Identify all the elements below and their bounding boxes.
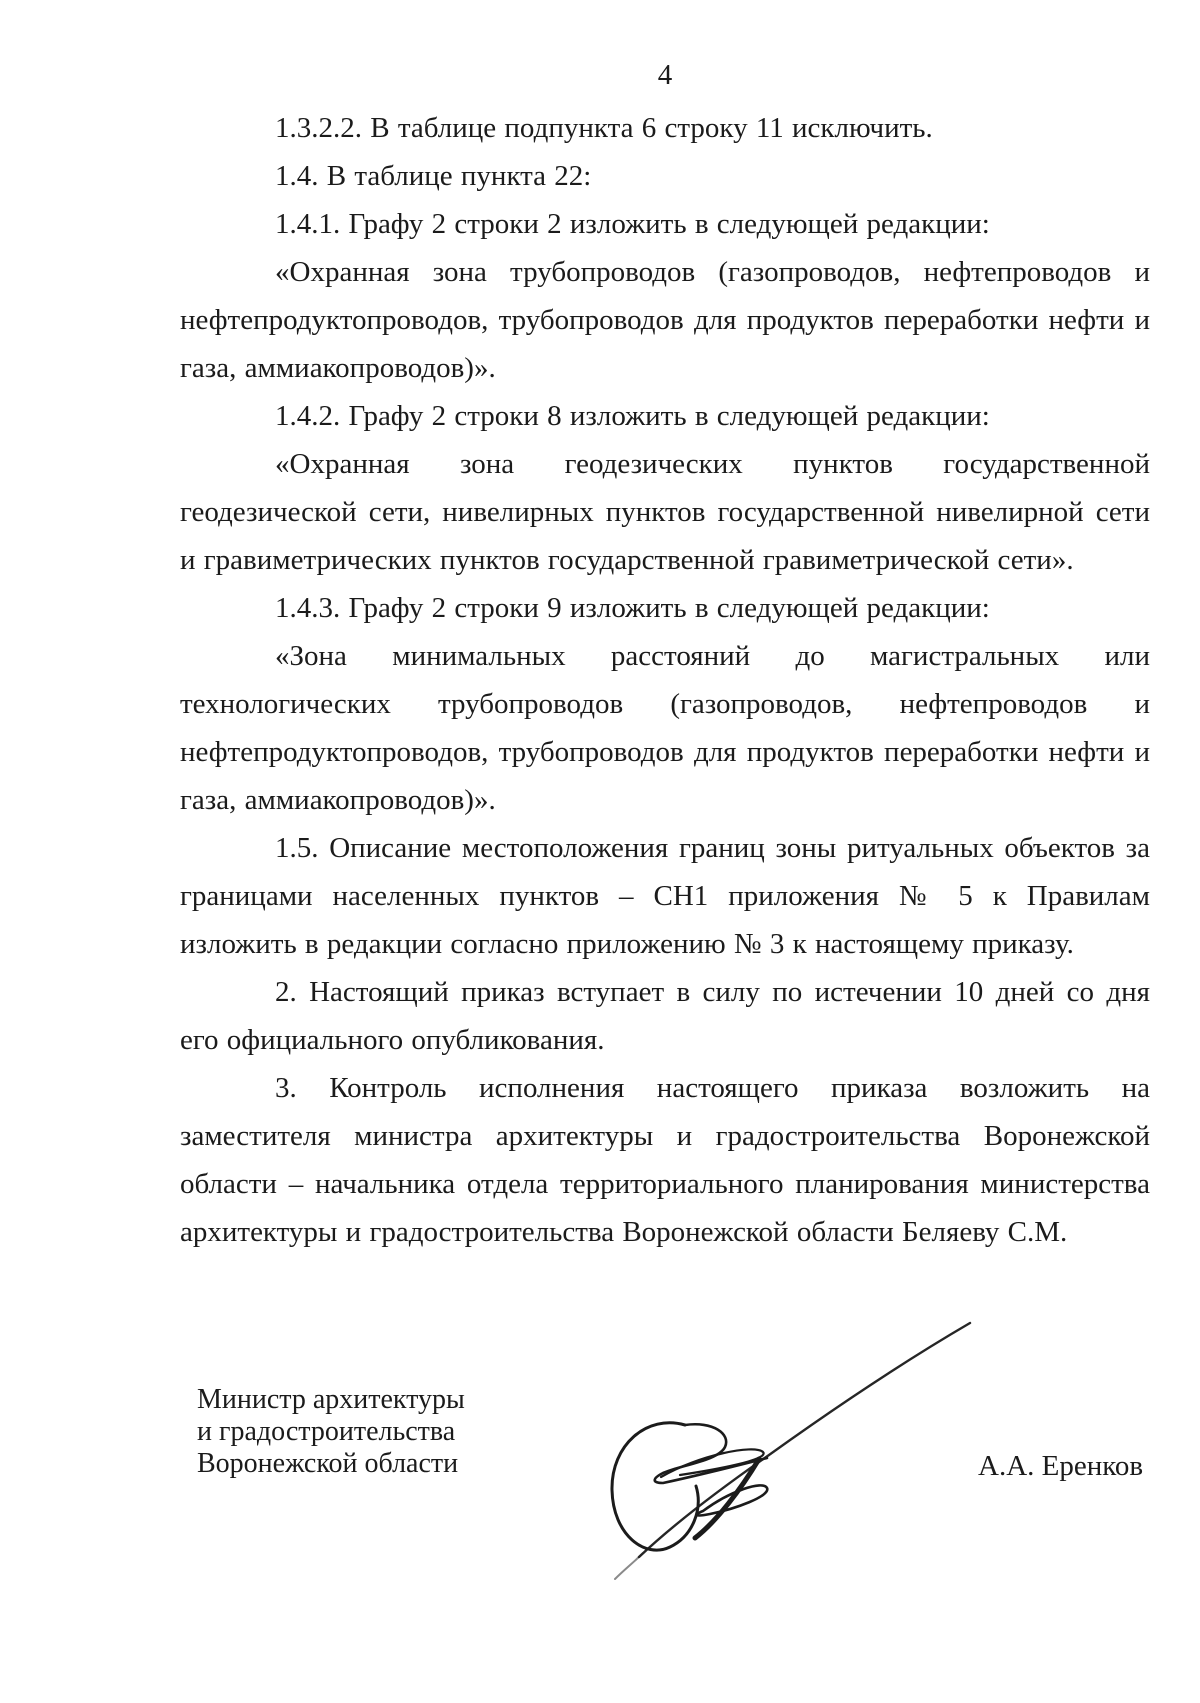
paragraph: 1.4.2. Графу 2 строки 8 изложить в следу… bbox=[180, 392, 1150, 440]
signatory-position-line: и градостроительства bbox=[197, 1416, 465, 1448]
signatory-name: А.А. Еренков bbox=[978, 1450, 1143, 1482]
handwritten-signature-icon bbox=[555, 1295, 995, 1585]
document-page: 4 1.3.2.2. В таблице подпункта 6 строку … bbox=[0, 0, 1200, 1703]
paragraph: 1.4. В таблице пункта 22: bbox=[180, 152, 1150, 200]
paragraph: 1.5. Описание местоположения границ зоны… bbox=[180, 824, 1150, 968]
signatory-position-line: Министр архитектуры bbox=[197, 1384, 465, 1416]
paragraph: «Зона минимальных расстояний до магистра… bbox=[180, 632, 1150, 824]
document-body: 1.3.2.2. В таблице подпункта 6 строку 11… bbox=[180, 104, 1150, 1256]
page-number: 4 bbox=[180, 58, 1150, 92]
paragraph: 1.4.3. Графу 2 строки 9 изложить в следу… bbox=[180, 584, 1150, 632]
signatory-position: Министр архитектурыи градостроительстваВ… bbox=[197, 1384, 465, 1480]
paragraph: 1.3.2.2. В таблице подпункта 6 строку 11… bbox=[180, 104, 1150, 152]
paragraph: «Охранная зона геодезических пунктов гос… bbox=[180, 440, 1150, 584]
signatory-position-line: Воронежской области bbox=[197, 1448, 465, 1480]
paragraph: 2. Настоящий приказ вступает в силу по и… bbox=[180, 968, 1150, 1064]
paragraph: 1.4.1. Графу 2 строки 2 изложить в следу… bbox=[180, 200, 1150, 248]
paragraph: 3. Контроль исполнения настоящего приказ… bbox=[180, 1064, 1150, 1256]
paragraph: «Охранная зона трубопроводов (газопровод… bbox=[180, 248, 1150, 392]
